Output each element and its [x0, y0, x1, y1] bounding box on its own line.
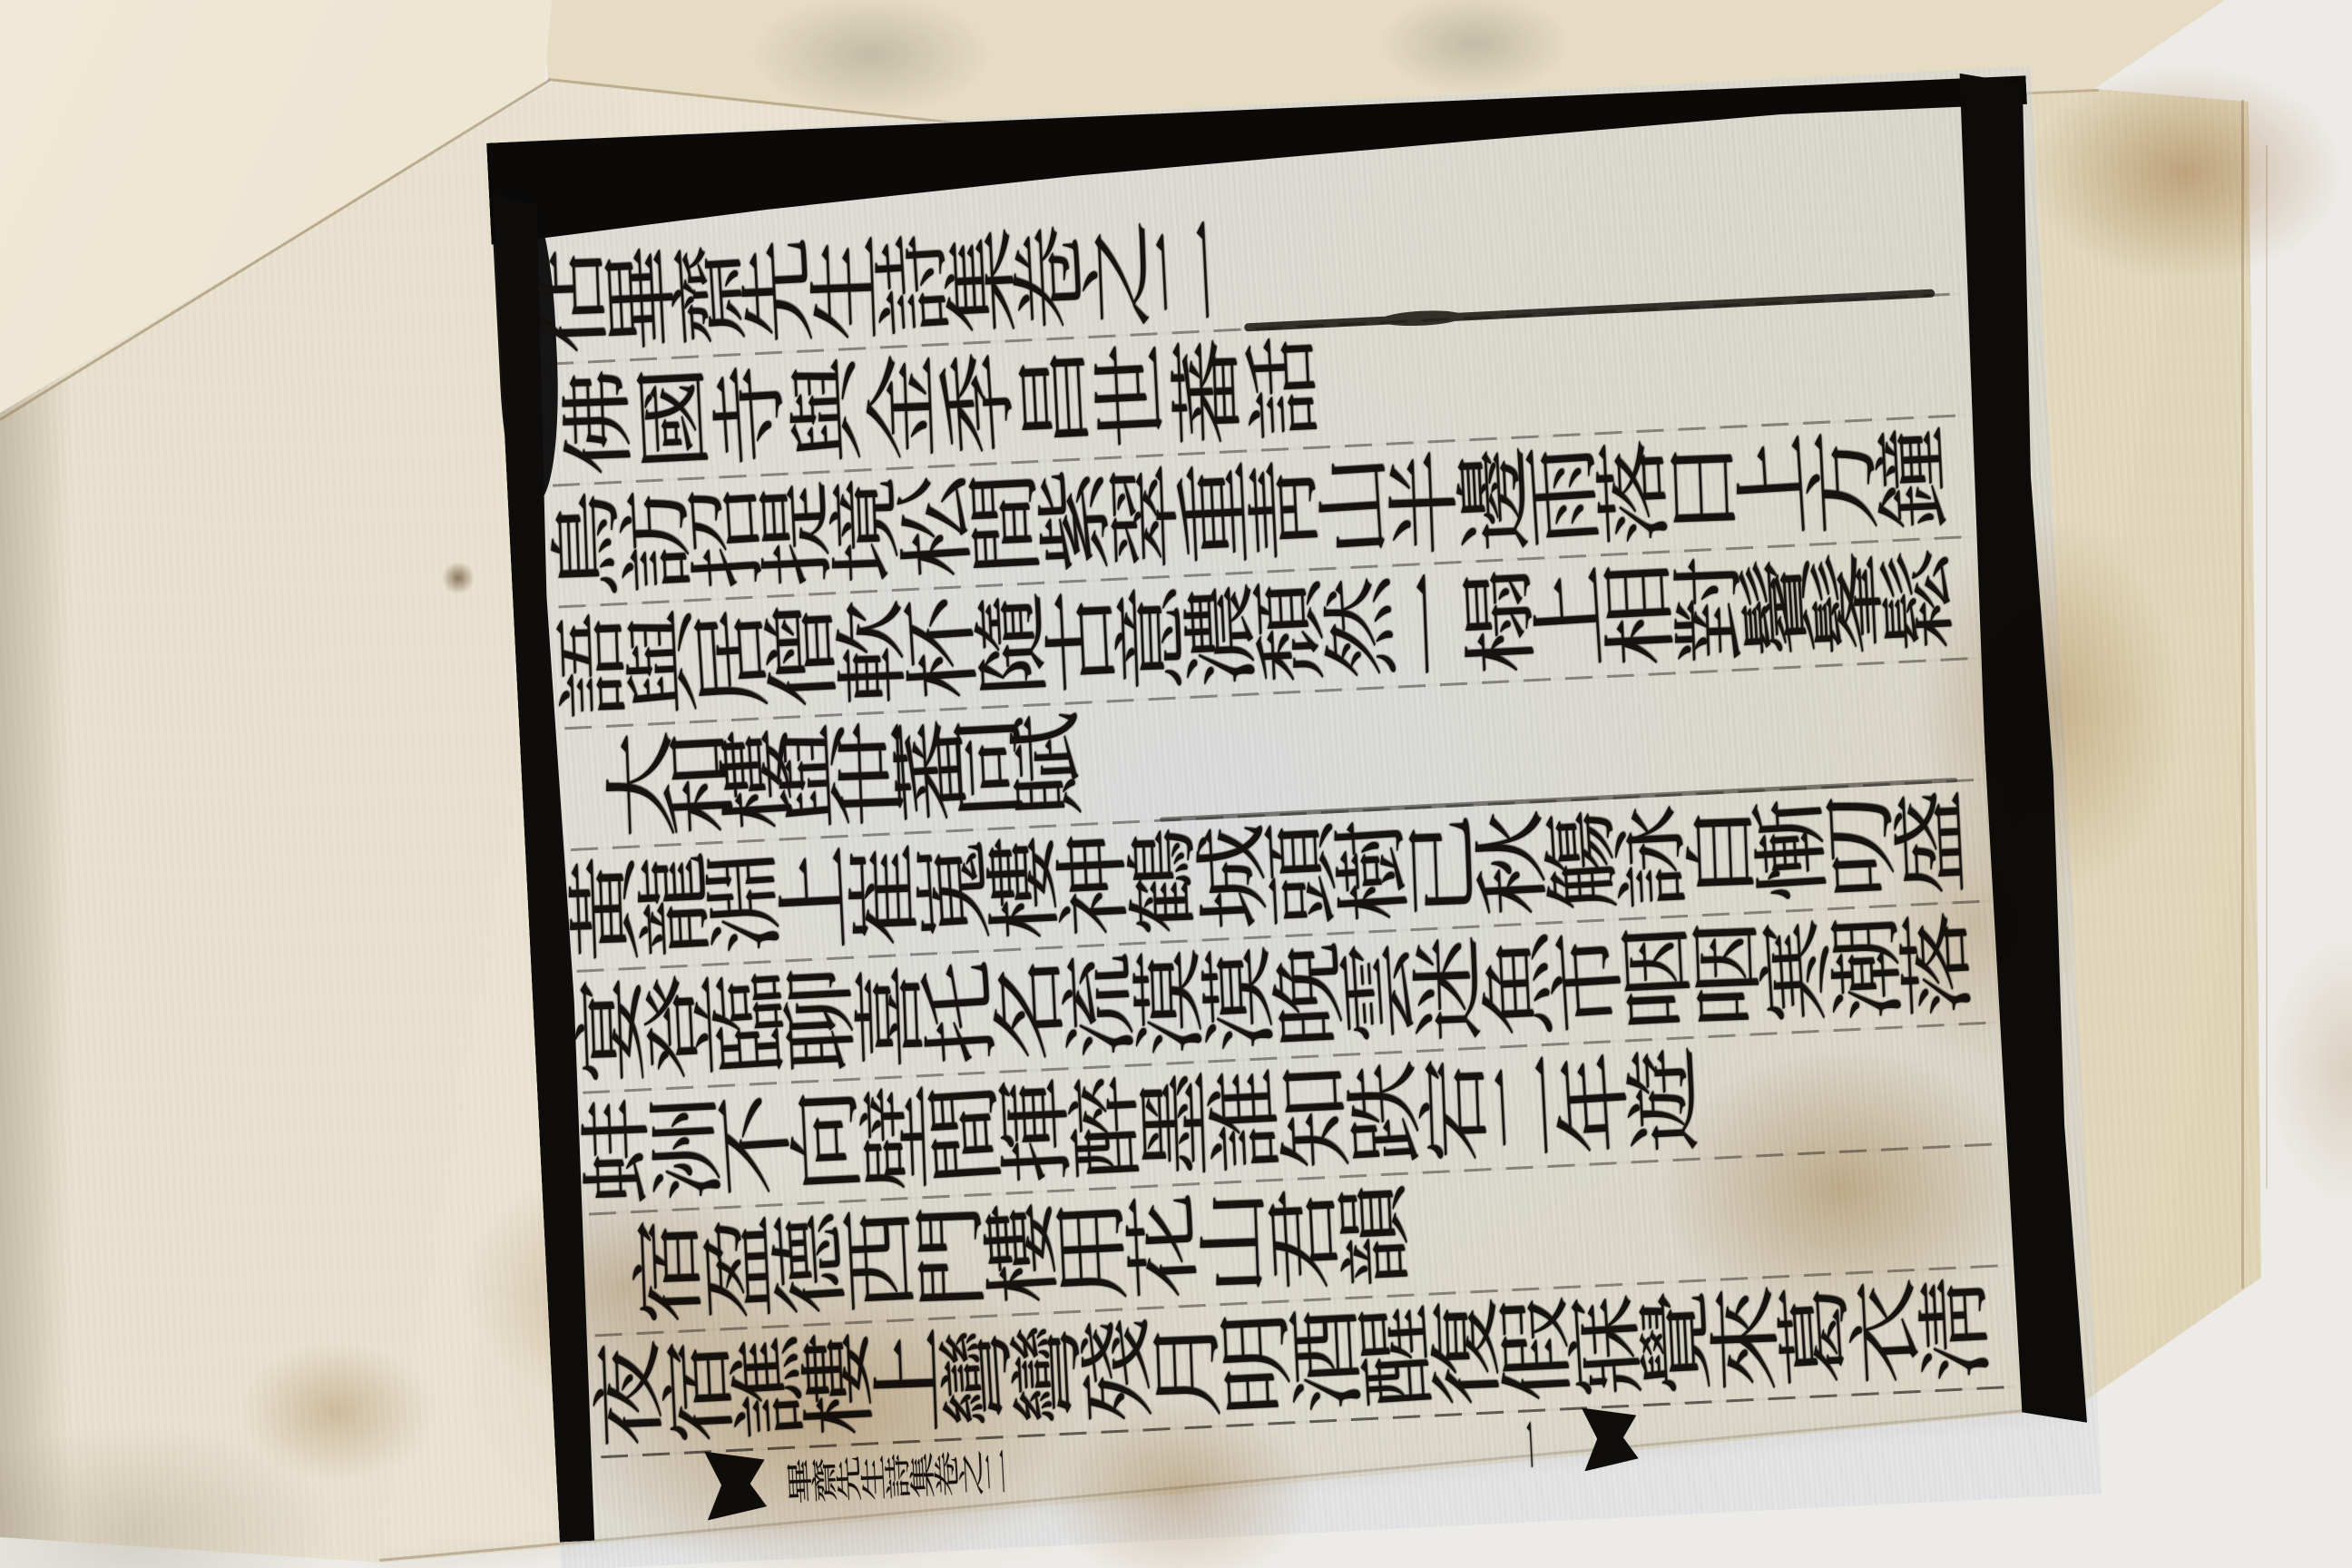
- glyph: 遊: [1626, 1038, 1701, 1161]
- glyph: 世: [1091, 334, 1172, 457]
- glyph: 落: [1899, 903, 1975, 1026]
- book-photo: 佔畢齋先生詩集卷之二佛國寺與金季昌世蕃話鳥訪招提境松間紫翠重靑山半邊雨落日上方鐘…: [0, 0, 2352, 1568]
- glyph: 蕃: [1166, 330, 1248, 454]
- fishtail-mark: [1582, 1405, 1639, 1471]
- glyph: 寺: [710, 353, 791, 476]
- glyph: 季: [938, 341, 1020, 465]
- printed-frame: 佔畢齋先生詩集卷之二佛國寺與金季昌世蕃話鳥訪招提境松間紫翠重靑山半邊雨落日上方鐘…: [490, 66, 2102, 1568]
- glyph: 話: [1242, 326, 1324, 449]
- folio-title: 畢齋先生詩集卷之二: [786, 1438, 1009, 1514]
- glyph: 佛: [557, 360, 639, 484]
- glyph: 賦: [1016, 703, 1080, 826]
- page-right-edge: [2266, 145, 2268, 1189]
- fishtail-mark: [704, 1448, 768, 1520]
- leaf-number-glyph: 一: [1518, 1413, 1548, 1475]
- glyph: 鐘: [1875, 416, 1950, 540]
- glyph: 鬆: [1881, 538, 1956, 661]
- glyph: 淸: [1917, 1267, 1993, 1390]
- leaf-number: 一: [1518, 1413, 1548, 1475]
- folio-glyph: 二: [982, 1438, 1010, 1504]
- glyph: 昌: [1014, 338, 1096, 461]
- glyph: 與: [786, 348, 867, 472]
- glyph: 韻: [1338, 1174, 1414, 1298]
- glyph: 二: [1149, 210, 1222, 333]
- glyph: 盛: [1893, 781, 1968, 905]
